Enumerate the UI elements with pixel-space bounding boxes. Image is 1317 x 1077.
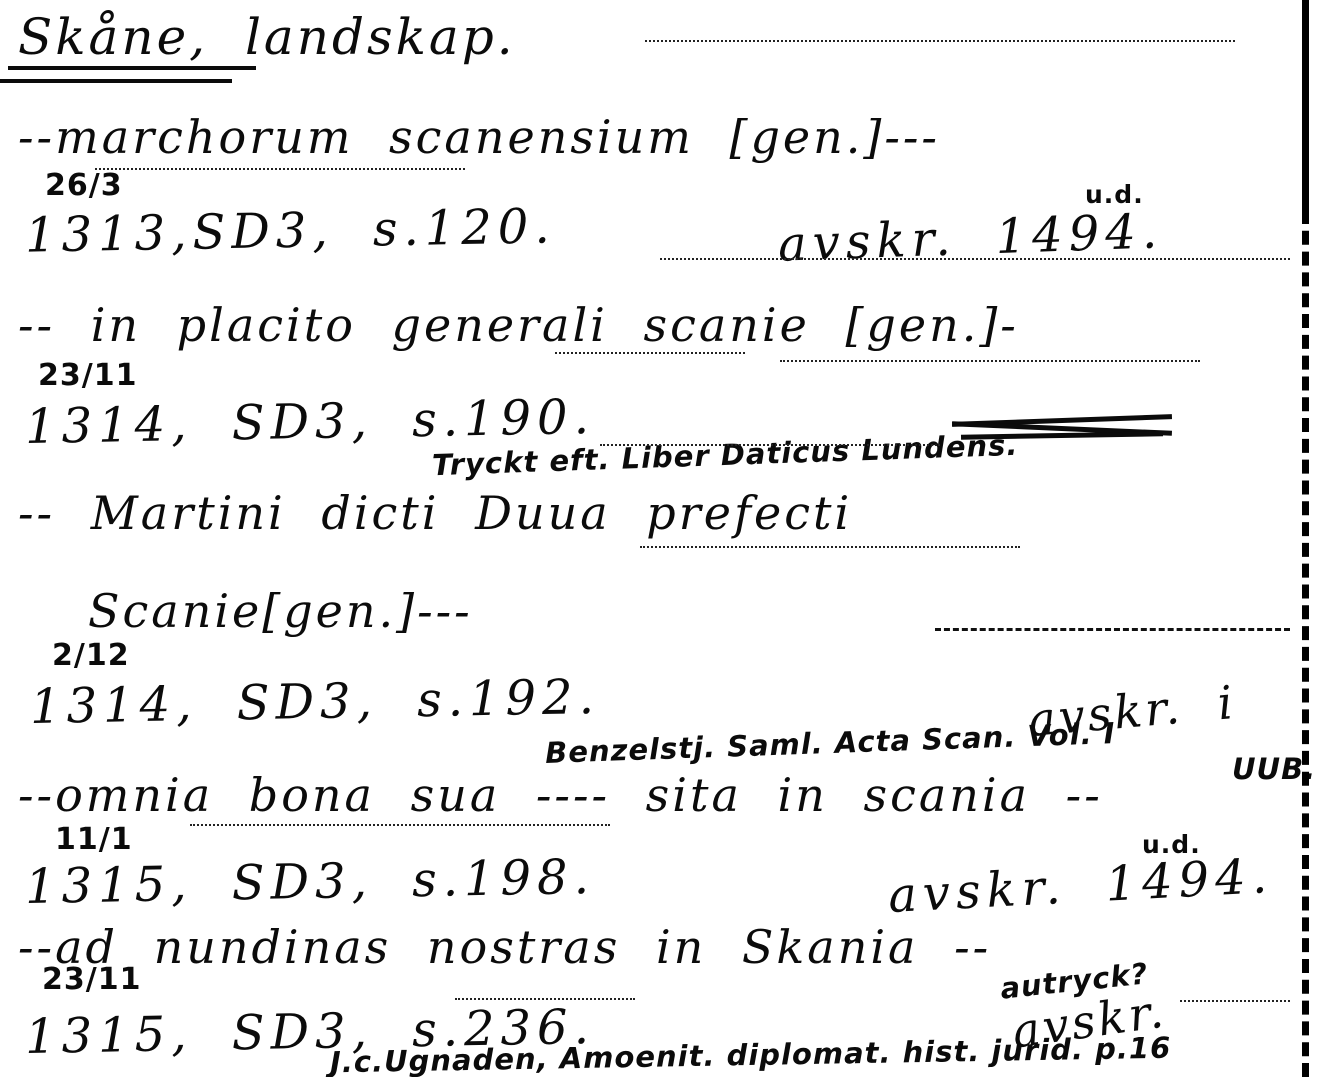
dotted-rule	[555, 352, 745, 354]
entry-quote: --marchorum scanensium [gen.]---	[18, 112, 940, 163]
entry-date: 23/11	[42, 962, 141, 997]
entry-reference: 1315, SD3, s.198.	[25, 851, 596, 914]
dotted-rule	[640, 546, 1020, 548]
heading-keyword: Skåne	[18, 8, 189, 66]
dotted-rule	[645, 40, 1235, 42]
entry-quote-line2: Scanie[gen.]---	[88, 586, 473, 637]
dotted-rule	[660, 258, 1290, 260]
entry-reference: 1313,SD3, s.120.	[25, 200, 556, 262]
dotted-rule	[1180, 1000, 1290, 1002]
heading-underline-1	[8, 66, 256, 70]
heading-rest: , landskap.	[189, 8, 515, 66]
dotted-rule	[780, 360, 1200, 362]
entry-date: 26/3	[45, 168, 123, 203]
copy-note: avskr. 1494.	[887, 850, 1274, 923]
dotted-rule	[600, 444, 940, 446]
entry-date: 2/12	[52, 638, 130, 673]
entry-reference: 1314, SD3, s.190.	[25, 391, 596, 454]
struck-out-word	[952, 414, 1172, 444]
dashed-rule	[935, 628, 1290, 631]
entry-reference: 1314, SD3, s.192.	[30, 671, 601, 734]
index-card: Skåne, landskap. --marchorum scanensium …	[0, 0, 1317, 1077]
heading-underline-2	[0, 79, 232, 83]
source-note: Benzelstj. Saml. Acta Scan. Vol. I	[545, 716, 1116, 770]
scan-edge-line	[1302, 0, 1309, 210]
copy-note: avskr. 1494.	[777, 205, 1164, 271]
scan-edge-dashes	[1302, 210, 1309, 1077]
entry-quote: --omnia bona sua ---- sita in scania --	[18, 770, 1103, 821]
entry-quote: --ad nundinas nostras in Skania --	[18, 922, 991, 973]
card-heading: Skåne, landskap.	[18, 10, 516, 65]
entry-date: 11/1	[55, 822, 133, 857]
dotted-rule	[95, 168, 465, 170]
entry-quote: -- Martini dicti Duua prefecti	[18, 488, 852, 539]
entry-date: 23/11	[38, 358, 137, 393]
entry-quote: -- in placito generali scanie [gen.]-	[18, 300, 1019, 351]
dotted-rule	[190, 824, 610, 826]
